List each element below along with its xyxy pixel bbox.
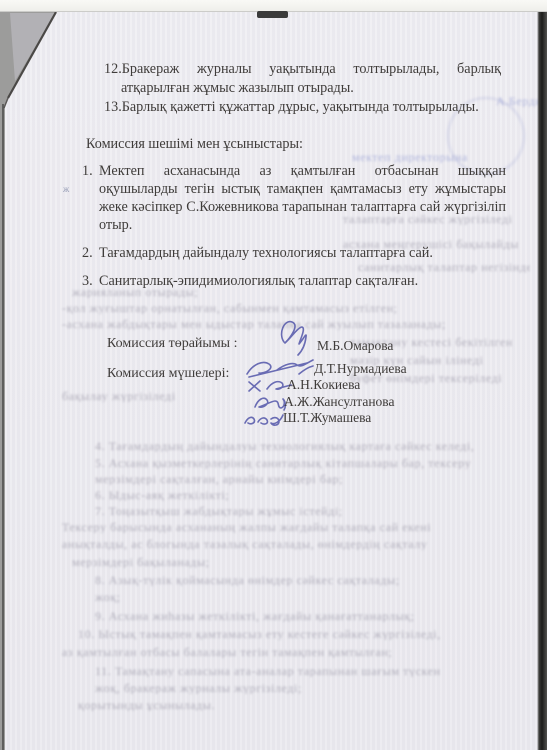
members-label: Комиссия мүшелері: <box>107 366 229 382</box>
item-text: Тағамдардың дайындалу технологиясы талап… <box>99 245 433 261</box>
scanned-document-page: А.Бердимектеп директорынаталаптарға сәйк… <box>0 0 547 750</box>
signature-omarova <box>274 314 316 356</box>
scanner-edge-right <box>537 11 547 750</box>
chair-label: Комиссия төрайымы : <box>107 336 237 352</box>
decision-item-1: 1.Мектеп асханасында аз қамтылған отбасы… <box>82 162 506 234</box>
item-number: 2. <box>82 244 99 262</box>
item-number: 1. <box>82 162 99 180</box>
decision-list: 1.Мектеп асханасында аз қамтылған отбасы… <box>82 162 506 300</box>
item-number: 3. <box>82 272 99 290</box>
list-item-12: 12.Бракераж журналы уақытында толтырылад… <box>104 60 501 98</box>
list-item-13: 13.Барлық қажетті құжаттар дұрыс, уақыты… <box>104 98 501 117</box>
member-name: Ш.Т.Жумашева <box>283 410 371 426</box>
signature-kokieva <box>245 378 293 394</box>
decision-item-2: 2.Тағамдардың дайындалу технологиясы тал… <box>82 244 506 262</box>
numbered-list-continuation: 12.Бракераж журналы уақытында толтырылад… <box>104 60 501 117</box>
item-text: Санитарлық-эпидимиологиялық талаптар сақ… <box>99 273 418 289</box>
decision-item-3: 3.Санитарлық-эпидимиологиялық талаптар с… <box>82 272 506 290</box>
signature-zhumasheva <box>241 410 285 428</box>
item-text: Мектеп асханасында аз қамтылған отбасына… <box>99 163 506 233</box>
decision-heading: Комиссия шешімі мен ұсыныстары: <box>86 136 303 153</box>
item-number: 13. <box>104 99 122 115</box>
item-number: 12. <box>104 61 122 77</box>
member-name: А.Ж.Жансултанова <box>284 394 395 410</box>
page-edge-left <box>2 104 4 750</box>
folded-corner <box>0 11 70 111</box>
item-text: Бракераж журналы уақытында толтырылады, … <box>121 61 501 96</box>
scanner-mark <box>257 11 288 18</box>
chair-name: М.Б.Омарова <box>317 338 393 354</box>
pencil-mark: ж <box>63 184 69 194</box>
item-text: Барлық қажетті құжаттар дұрыс, уақытында… <box>122 99 479 115</box>
member-name: Д.Т.Нурмадиева <box>314 361 407 377</box>
member-name: А.Н.Кокиева <box>287 377 360 393</box>
document-content: 12.Бракераж журналы уақытында толтырылад… <box>0 0 547 750</box>
